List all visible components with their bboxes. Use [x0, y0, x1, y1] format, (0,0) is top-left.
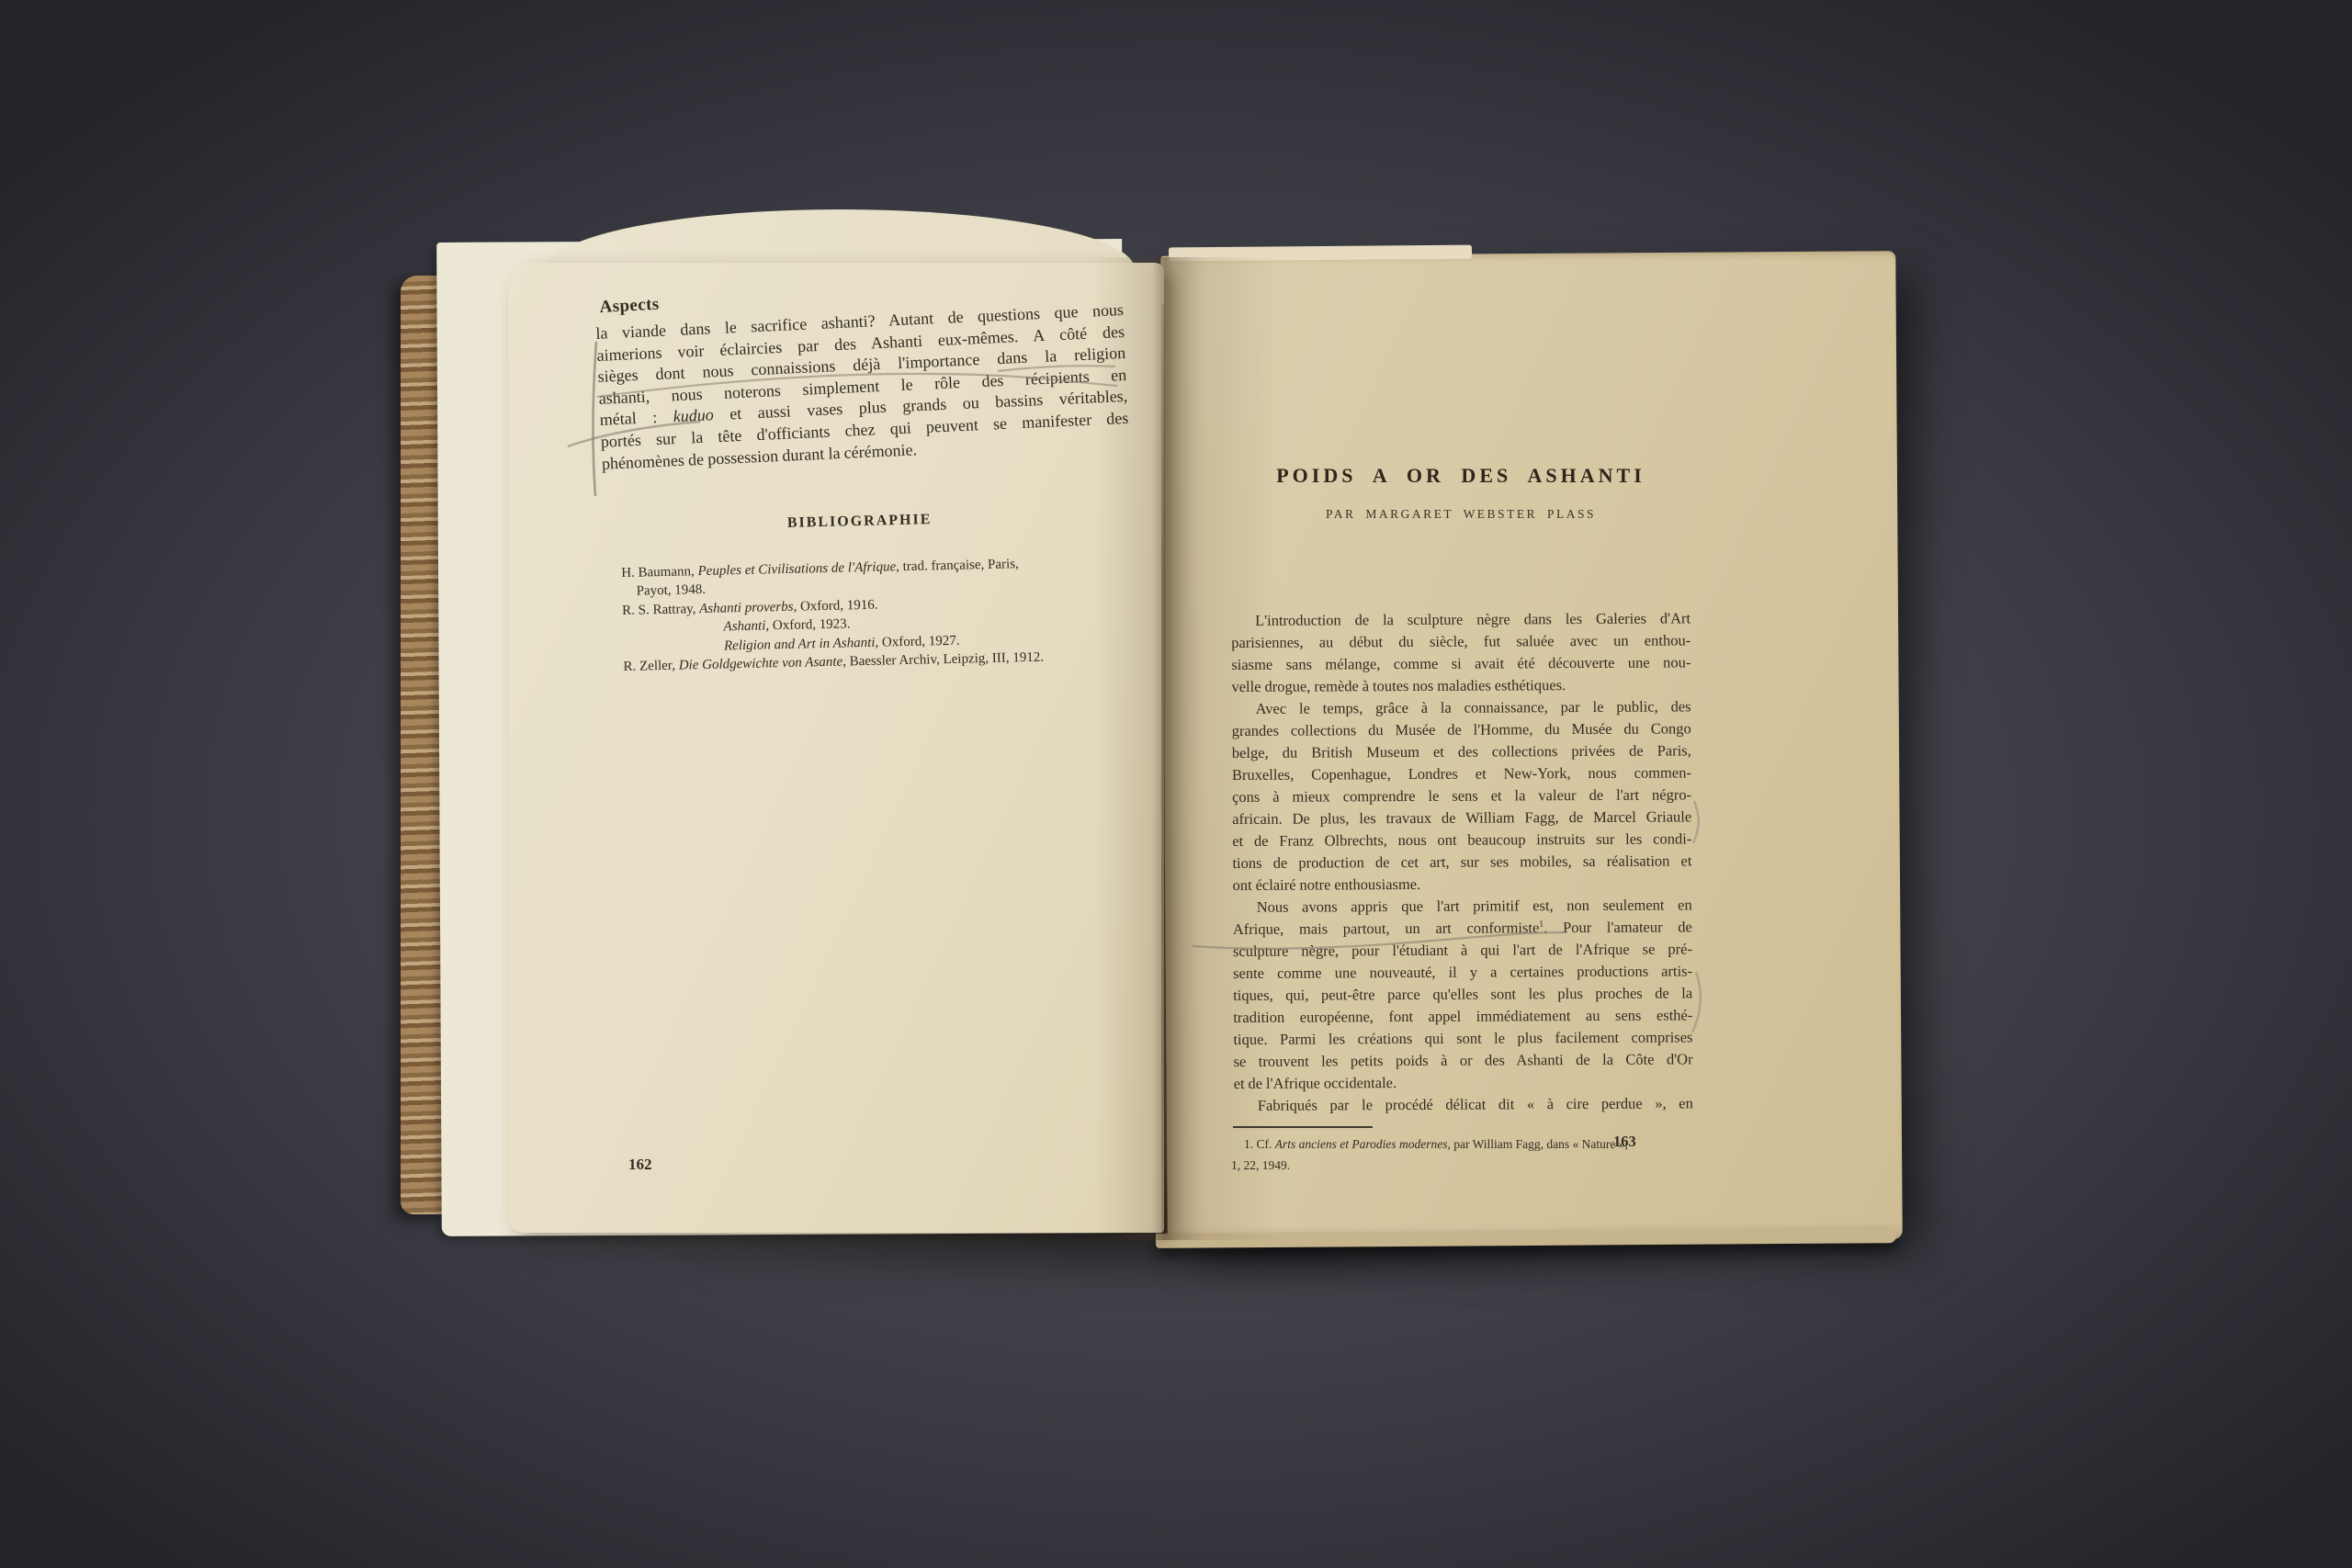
text-line: belge, du British Museum et des collecti…: [1232, 739, 1691, 764]
text-line: çons à mieux comprendre le sens et la va…: [1232, 784, 1691, 808]
running-header: Aspects: [599, 295, 660, 318]
spine-crease: [1161, 303, 1165, 1235]
text-line: Fabriqués par le procédé délicat dit « à…: [1234, 1092, 1693, 1117]
text-line: Nous avons appris que l'art primitif est…: [1233, 894, 1692, 919]
footnote-rule: [1233, 1126, 1373, 1128]
text-line: africain. De plus, les travaux de Willia…: [1232, 806, 1691, 830]
left-page-number: 162: [628, 1156, 652, 1174]
article-title: POIDS A OR DES ASHANTI: [1231, 464, 1690, 488]
right-page-number: 163: [1613, 1133, 1636, 1151]
text-line: tique. Parmi les créations qui sont le p…: [1233, 1026, 1692, 1051]
text-line: parisiennes, au début du siècle, fut sal…: [1231, 629, 1690, 654]
text-line: Bruxelles, Copenhague, Londres et New-Yo…: [1232, 761, 1691, 786]
text-line: Afrique, mais partout, un art conformist…: [1233, 916, 1692, 941]
text-line: sculpture nègre, pour l'étudiant à qui l…: [1233, 938, 1692, 963]
text-line: Avec le temps, grâce à la connaissance, …: [1232, 695, 1691, 720]
text-line: et de l'Afrique occidentale.: [1234, 1070, 1693, 1095]
text-line: L'introduction de la sculpture nègre dan…: [1231, 607, 1690, 632]
article-byline: PAR MARGARET WEBSTER PLASS: [1231, 507, 1690, 522]
text-line: se trouvent les petits poids à or des As…: [1234, 1048, 1693, 1073]
text-line: velle drogue, remède à toutes nos maladi…: [1231, 673, 1690, 698]
text-line: tradition européenne, font appel immédia…: [1233, 1004, 1692, 1029]
text-line: tiques, qui, peut-être parce qu'elles so…: [1233, 982, 1692, 1007]
text-line: et de Franz Olbrechts, nous ont beaucoup…: [1232, 828, 1691, 852]
text-line: sente comme une nouveauté, il y a certai…: [1233, 960, 1692, 985]
text-line: grandes collections du Musée de l'Homme,…: [1232, 717, 1691, 742]
left-page-body-text: la viande dans le sacrifice ashanti? Aut…: [595, 299, 1130, 475]
right-page-body-text: L'introduction de la sculpture nègre dan…: [1231, 607, 1693, 1117]
photo-of-open-book: L'or Aspects la viande dans le sacrifice…: [0, 0, 2352, 1568]
text-line: 1, 22, 1949.: [1231, 1155, 1690, 1176]
right-page-top-edge-sliver: [1169, 245, 1472, 262]
bibliography-entries: H. Baumann, Peuples et Civilisations de …: [621, 552, 1138, 676]
text-line: siasme sans mélange, comme si avait été …: [1231, 651, 1690, 676]
text-line: tions de production de cet art, sur ses …: [1232, 850, 1691, 874]
text-line: ont éclairé notre enthousiasme.: [1233, 872, 1692, 897]
